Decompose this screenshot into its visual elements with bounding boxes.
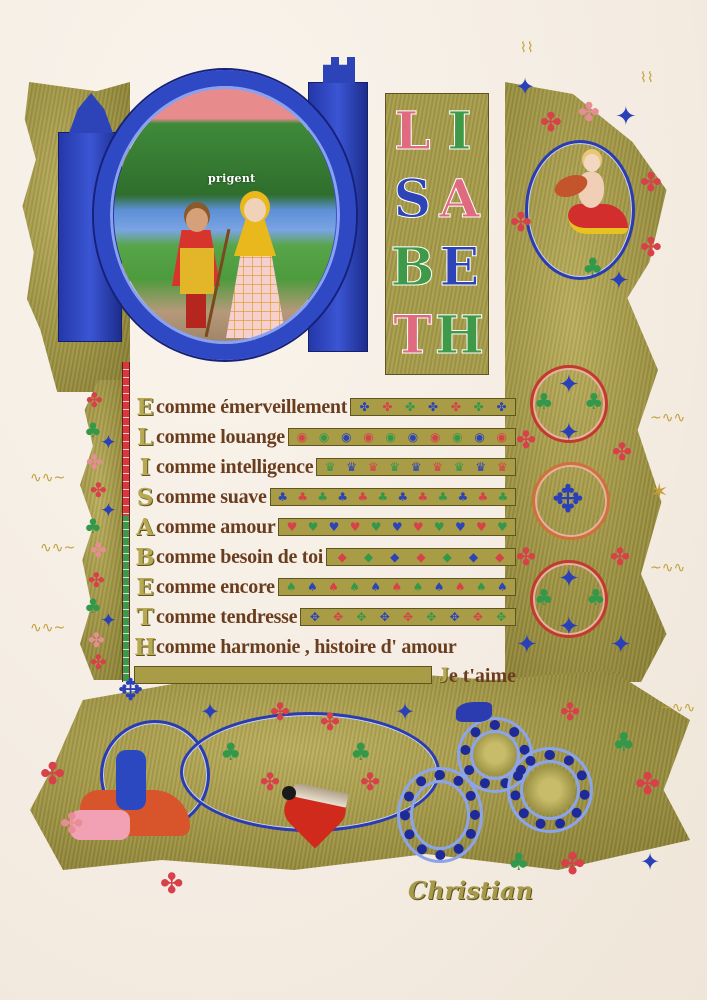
line-filler-hearts: ♥♥♥♥♥♥♥♥♥♥♥ xyxy=(278,518,516,536)
leaf-icon: ✦ xyxy=(395,700,415,724)
poem-line: E comme émerveillement ✤✤✤✤✤✤✤ xyxy=(134,392,516,422)
filler-motif-icon: ✤ xyxy=(451,401,461,413)
leaf-icon: ✤ xyxy=(540,110,562,136)
leaf-icon: ✤ xyxy=(360,770,380,794)
filler-motif-icon: ✥ xyxy=(496,611,506,623)
mermaid-with-lute xyxy=(548,150,628,260)
acrostic-poem: E comme émerveillement ✤✤✤✤✤✤✤ L comme l… xyxy=(134,392,516,662)
filler-motif-icon: ♣ xyxy=(277,491,288,503)
filler-motif-icon: ♣ xyxy=(297,491,308,503)
poem-text: comme encore xyxy=(156,576,275,599)
filler-motif-icon: ♠ xyxy=(307,581,318,593)
closing-gold-bar xyxy=(134,666,432,684)
leaf-icon: ✦ xyxy=(516,632,538,658)
leaf-icon: ✦ xyxy=(515,75,535,99)
filler-motif-icon: ♣ xyxy=(457,491,468,503)
leaf-icon: ✤ xyxy=(270,700,290,724)
initial-o-ring xyxy=(94,70,356,360)
leaf-icon: ✤ xyxy=(560,700,580,724)
panel-letter: B xyxy=(390,234,435,302)
filler-motif-icon: ✥ xyxy=(333,611,343,623)
leaf-icon: ✤ xyxy=(510,210,532,236)
poem-text: comme émerveillement xyxy=(156,396,347,419)
leaf-icon: ✦ xyxy=(558,566,580,592)
filler-motif-icon: ♛ xyxy=(368,461,379,473)
drop-cap: E xyxy=(134,574,156,601)
filler-motif-icon: ♥ xyxy=(455,521,466,533)
leaf-icon: ✤ xyxy=(60,810,83,838)
filigree-flourish: ∿∿~ xyxy=(30,620,65,636)
line-filler-quatrefoils: ✥✥✥✥✥✥✥✥✥ xyxy=(300,608,516,626)
leaf-icon: ✤ xyxy=(560,850,585,880)
filler-motif-icon: ◆ xyxy=(338,551,347,563)
poem-text: comme suave xyxy=(156,486,267,509)
leaf-icon: ✦ xyxy=(200,700,220,724)
filler-motif-icon: ♣ xyxy=(377,491,388,503)
filler-motif-icon: ◉ xyxy=(474,431,484,443)
star-icon: ✶ xyxy=(650,480,668,505)
filigree-flourish: ∿∿~ xyxy=(30,470,65,486)
leaf-icon: ✤ xyxy=(320,710,340,734)
filler-motif-icon: ✥ xyxy=(403,611,413,623)
filler-motif-icon: ♠ xyxy=(370,581,381,593)
closing-text: Je t'aime xyxy=(438,662,516,688)
manuscript-page: prigent L I S A B E T H ✤ ♣ ✦ ✤ ✤ ✦ ♣ ✤ … xyxy=(0,0,707,1000)
filler-motif-icon: ✤ xyxy=(405,401,415,413)
poem-line: E comme encore ♠♠♠♠♠♠♠♠♠♠♠ xyxy=(134,572,516,602)
filler-motif-icon: ♥ xyxy=(287,521,298,533)
poem-line: S comme suave ♣♣♣♣♣♣♣♣♣♣♣♣ xyxy=(134,482,516,512)
filler-motif-icon: ♥ xyxy=(413,521,424,533)
leaf-icon: ♣ xyxy=(586,588,606,610)
filler-motif-icon: ♠ xyxy=(497,581,508,593)
filler-motif-icon: ✥ xyxy=(310,611,320,623)
filler-motif-icon: ✥ xyxy=(356,611,366,623)
filler-motif-icon: ◉ xyxy=(452,431,462,443)
poem-text: comme besoin de toi xyxy=(156,546,323,569)
filler-motif-icon: ♛ xyxy=(454,461,465,473)
drop-cap: B xyxy=(134,544,156,571)
filler-motif-icon: ✤ xyxy=(496,401,506,413)
filler-motif-icon: ♠ xyxy=(413,581,424,593)
filler-motif-icon: ♛ xyxy=(325,461,336,473)
filler-motif-icon: ◆ xyxy=(495,551,504,563)
filler-motif-icon: ✤ xyxy=(428,401,438,413)
panel-letter: H xyxy=(435,302,484,370)
line-filler-spades: ♠♠♠♠♠♠♠♠♠♠♠ xyxy=(278,578,516,596)
filler-motif-icon: ◉ xyxy=(341,431,351,443)
filler-motif-icon: ♛ xyxy=(389,461,400,473)
historiated-initial-o: prigent xyxy=(58,62,386,362)
leaf-icon: ✦ xyxy=(100,432,117,452)
leaf-icon: ✤ xyxy=(578,100,600,126)
filler-motif-icon: ♠ xyxy=(349,581,360,593)
filler-motif-icon: ♥ xyxy=(371,521,382,533)
line-filler-fleurs: ♣♣♣♣♣♣♣♣♣♣♣♣ xyxy=(270,488,516,506)
filler-motif-icon: ✤ xyxy=(360,401,370,413)
filler-motif-icon: ♠ xyxy=(455,581,466,593)
filler-motif-icon: ♛ xyxy=(432,461,443,473)
poem-text: comme harmonie , histoire d' amour xyxy=(156,636,457,659)
filler-motif-icon: ♥ xyxy=(350,521,361,533)
filler-motif-icon: ♛ xyxy=(411,461,422,473)
leaf-icon: ✦ xyxy=(100,610,117,630)
drop-cap: L xyxy=(134,424,156,451)
filler-motif-icon: ◉ xyxy=(386,431,396,443)
leaf-icon: ✤ xyxy=(640,170,662,196)
filler-motif-icon: ◉ xyxy=(430,431,440,443)
name-panel: L I S A B E T H xyxy=(385,93,489,375)
drop-cap: E xyxy=(134,394,156,421)
leaf-icon: ✤ xyxy=(90,540,107,560)
drop-cap: I xyxy=(134,454,156,481)
leaf-icon: ✤ xyxy=(90,652,107,672)
drop-cap: A xyxy=(134,514,156,541)
panel-letter: E xyxy=(435,234,484,302)
filigree-flourish: ⌇⌇ xyxy=(640,70,654,86)
leaf-icon: ✤ xyxy=(160,870,183,898)
filler-motif-icon: ♥ xyxy=(308,521,319,533)
text-column-rule xyxy=(122,362,130,682)
filler-motif-icon: ♣ xyxy=(498,491,509,503)
filler-motif-icon: ◆ xyxy=(390,551,399,563)
leaf-icon: ✦ xyxy=(100,500,117,520)
leaf-icon: ✤ xyxy=(516,545,536,569)
filler-motif-icon: ◆ xyxy=(416,551,425,563)
leaf-icon: ✤ xyxy=(90,480,107,500)
drop-cap: S xyxy=(134,484,156,511)
leaf-icon: ✤ xyxy=(40,760,65,790)
filler-motif-icon: ♣ xyxy=(397,491,408,503)
quatrefoil-icon: ✥ xyxy=(552,480,584,518)
leaf-icon: ♣ xyxy=(508,850,530,874)
drop-cap: T xyxy=(134,604,156,631)
filler-motif-icon: ✥ xyxy=(473,611,483,623)
filigree-flourish: ~∿∿ xyxy=(650,560,685,576)
filler-motif-icon: ✥ xyxy=(380,611,390,623)
leaf-icon: ♣ xyxy=(582,255,604,279)
filler-motif-icon: ◉ xyxy=(319,431,329,443)
leaf-icon: ♣ xyxy=(84,516,102,536)
filler-motif-icon: ♛ xyxy=(346,461,357,473)
leaf-icon: ✤ xyxy=(260,770,280,794)
filigree-flourish: ~∿∿ xyxy=(660,700,695,716)
poem-text: comme tendresse xyxy=(156,606,297,629)
filler-motif-icon: ◆ xyxy=(443,551,452,563)
filler-motif-icon: ♥ xyxy=(476,521,487,533)
leaf-icon: ✦ xyxy=(558,420,580,446)
leaf-icon: ✤ xyxy=(86,390,103,410)
line-filler-roundels: ◉◉◉◉◉◉◉◉◉◉ xyxy=(288,428,516,446)
leaf-icon: ✤ xyxy=(88,630,105,650)
filler-motif-icon: ◆ xyxy=(469,551,478,563)
filler-motif-icon: ♣ xyxy=(478,491,489,503)
filler-motif-icon: ♣ xyxy=(357,491,368,503)
leaf-icon: ♣ xyxy=(220,740,242,764)
leaf-icon: ✦ xyxy=(610,632,632,658)
panel-letter: A xyxy=(435,166,484,234)
leaf-icon: ✤ xyxy=(610,545,630,569)
leaf-icon: ✤ xyxy=(516,428,536,452)
line-filler-crowns: ♛♛♛♛♛♛♛♛♛ xyxy=(316,458,516,476)
leaf-icon: ✦ xyxy=(558,372,580,398)
filler-motif-icon: ✥ xyxy=(426,611,436,623)
leaf-icon: ✤ xyxy=(88,570,105,590)
leaf-icon: ♣ xyxy=(534,588,554,610)
filler-motif-icon: ◉ xyxy=(497,431,507,443)
closing-line: Je t'aime xyxy=(134,661,516,689)
poem-text: comme louange xyxy=(156,426,285,449)
filler-motif-icon: ♛ xyxy=(497,461,508,473)
panel-letter: I xyxy=(435,98,484,166)
poem-line: L comme louange ◉◉◉◉◉◉◉◉◉◉ xyxy=(134,422,516,452)
panel-letter: L xyxy=(390,98,435,166)
filler-motif-icon: ♣ xyxy=(317,491,328,503)
poem-text: comme amour xyxy=(156,516,275,539)
leaf-icon: ✤ xyxy=(612,440,632,464)
leaf-icon: ✤ xyxy=(635,770,660,800)
leaf-icon: ♣ xyxy=(584,392,604,414)
filler-motif-icon: ♣ xyxy=(417,491,428,503)
poem-line: B comme besoin de toi ◆◆◆◆◆◆◆ xyxy=(134,542,516,572)
leaf-icon: ✦ xyxy=(640,850,660,874)
magpie xyxy=(282,782,352,808)
poem-line: T comme tendresse ✥✥✥✥✥✥✥✥✥ xyxy=(134,602,516,632)
leaf-icon: ♣ xyxy=(534,392,554,414)
quatrefoil-icon: ✥ xyxy=(118,676,143,706)
filler-motif-icon: ✥ xyxy=(450,611,460,623)
filler-motif-icon: ♥ xyxy=(497,521,508,533)
line-filler-cross-motifs: ✤✤✤✤✤✤✤ xyxy=(350,398,516,416)
filler-motif-icon: ♠ xyxy=(391,581,402,593)
knight-on-horseback xyxy=(70,730,190,860)
panel-letter: S xyxy=(390,166,435,234)
leaf-icon: ✦ xyxy=(558,614,580,640)
filler-motif-icon: ◉ xyxy=(408,431,418,443)
filler-motif-icon: ♠ xyxy=(328,581,339,593)
filler-motif-icon: ♠ xyxy=(434,581,445,593)
filler-motif-icon: ♣ xyxy=(437,491,448,503)
leaf-icon: ♣ xyxy=(612,730,635,756)
leaf-icon: ♣ xyxy=(350,740,372,764)
leaf-icon: ✦ xyxy=(615,104,637,130)
poem-line: H comme harmonie , histoire d' amour xyxy=(134,632,516,662)
filler-motif-icon: ♣ xyxy=(337,491,348,503)
filler-motif-icon: ♛ xyxy=(475,461,486,473)
poem-line: I comme intelligence ♛♛♛♛♛♛♛♛♛ xyxy=(134,452,516,482)
drop-cap: H xyxy=(134,634,156,661)
artist-signature: Christian xyxy=(408,876,533,905)
leaf-icon: ✤ xyxy=(86,452,103,472)
filler-motif-icon: ♠ xyxy=(286,581,297,593)
panel-letter: T xyxy=(390,302,435,370)
poem-text: comme intelligence xyxy=(156,456,313,479)
filler-motif-icon: ♥ xyxy=(434,521,445,533)
filigree-flourish: ~∿∿ xyxy=(650,410,685,426)
leaf-icon: ✤ xyxy=(640,235,662,261)
filler-motif-icon: ♥ xyxy=(329,521,340,533)
filigree-flourish: ∿∿~ xyxy=(40,540,75,556)
filler-motif-icon: ◉ xyxy=(363,431,373,443)
filler-motif-icon: ♥ xyxy=(392,521,403,533)
filler-motif-icon: ♠ xyxy=(476,581,487,593)
filler-motif-icon: ◉ xyxy=(297,431,307,443)
filigree-flourish: ⌇⌇ xyxy=(520,40,534,56)
line-filler-diamonds: ◆◆◆◆◆◆◆ xyxy=(326,548,516,566)
leaf-icon: ✦ xyxy=(608,268,630,294)
filler-motif-icon: ✤ xyxy=(474,401,484,413)
filler-motif-icon: ✤ xyxy=(382,401,392,413)
poem-line: A comme amour ♥♥♥♥♥♥♥♥♥♥♥ xyxy=(134,512,516,542)
filler-motif-icon: ◆ xyxy=(364,551,373,563)
